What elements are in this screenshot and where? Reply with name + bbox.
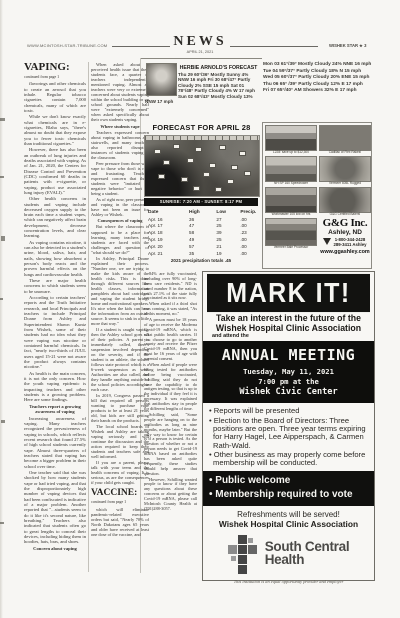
logo-square (238, 545, 247, 554)
photo-caption: L228: save up to $12,300 (265, 151, 317, 155)
forecast-entry: Thu 06 65° /39° Partly Cloudy 12% E 17 m… (263, 82, 397, 88)
scan-artifact (0, 118, 5, 121)
article-paragraph: As vaping contains nicotine, it can also… (24, 240, 86, 277)
map-temp-label (193, 186, 200, 191)
forecast-entry: Sun 02 68°/43° Mostly Cloudy 13% NNW 17 … (145, 94, 253, 104)
article-paragraph: However, there has also been an outbreak… (24, 147, 86, 195)
meeting-highlight-bullet: Public welcome (209, 474, 368, 489)
mark-it-banner: MARK IT! (207, 274, 370, 312)
scan-artifact (1, 420, 5, 423)
newspaper-page: WWW.MCINTOSH-STAR-TRIBUNE.COM NEWS APRIL… (0, 0, 400, 618)
meeting-bullet: Other business as may properly come befo… (209, 451, 368, 468)
masthead-website: WWW.MCINTOSH-STAR-TRIBUNE.COM (27, 43, 107, 48)
logo-square (231, 556, 236, 561)
logo-line2: Health (265, 554, 350, 567)
col-header-high: High (185, 210, 212, 215)
weather-map (144, 135, 260, 197)
meeting-intro: Take an interest in the future of the Wi… (206, 313, 372, 333)
map-temp-label (209, 163, 216, 168)
map-temp-label (181, 177, 188, 182)
photo-caption: Workmaster 105 low on hrs (265, 213, 317, 217)
meeting-date: Tuesday, May 11, 2021 (203, 367, 374, 376)
south-central-health-logo: South Central Health (203, 535, 374, 574)
gg-photo-cell: NH SP 160 Speedrower (265, 156, 317, 186)
article-subhead: Consequences of vaping (91, 218, 149, 223)
article-paragraph: As of right now, peer pressure and vapin… (91, 197, 149, 217)
gg-phone-2: 289-3411 Ashley (333, 242, 366, 247)
weather-table: Date High Low Precip. Apr. 163627.00Apr.… (144, 209, 258, 263)
article-column-2: When asked about a perceived health issu… (91, 62, 149, 538)
weather-table-cell: .00 (236, 251, 258, 256)
round-baler-photo (319, 156, 371, 182)
gg-photo-grid: L228: save up to $12,300 Cadillac of Fle… (265, 125, 369, 255)
col-header-precip: Precip. (236, 210, 258, 215)
weather-table-cell: Apr. 17 (144, 223, 185, 228)
article-continued-note: continued from page 1 (91, 500, 149, 504)
weather-table-cell: 47 (185, 223, 212, 228)
weather-table-header: Date High Low Precip. (144, 209, 258, 216)
gg-photo-cell: L228: save up to $12,300 (265, 125, 317, 155)
weather-table-row: Apr. 213519.00 (144, 250, 258, 257)
annual-meeting-box: ANNUAL MEETING Tuesday, May 11, 2021 7:0… (203, 341, 374, 403)
logo-square (248, 538, 253, 543)
map-temp-label (227, 179, 234, 184)
article-headline: VACCINE: (91, 488, 149, 499)
gg-contact-block: G&G Inc. Ashley, ND 1-800-344-2428 289-3… (319, 218, 371, 255)
meeting-intro-line2: Wishek Hospital Clinic Association (206, 323, 372, 333)
meeting-intro-line3: and attend the (212, 333, 374, 339)
skid-steer-photo (265, 125, 317, 151)
equal-opportunity-disclaimer: This institution is an equal opportunity… (203, 579, 374, 584)
article-paragraph: 84% are fully vaccinated, including over… (144, 272, 197, 301)
map-temp-label (187, 158, 194, 163)
map-temp-label (158, 174, 165, 179)
photo-caption: G&G Certified Balers! (319, 213, 371, 217)
gg-photo-cell: Vermeer 605L Rugged (319, 156, 371, 186)
article-paragraph: Increasing awareness of vaping. Many tea… (24, 416, 86, 469)
forecast-entry: Mon 03 61°/39° Mostly Cloudy 24% NNE 16 … (263, 62, 397, 68)
weather-table-cell: 58 (185, 230, 212, 235)
meeting-bullet: Election to the Board of Directors: Thre… (209, 417, 368, 450)
forecast-map-header: FORECAST FOR APRIL 28 (141, 123, 262, 132)
gg-phone-numbers: 1-800-344-2428 289-3411 Ashley (333, 237, 366, 248)
weather-table-cell: .00 (236, 217, 258, 222)
weather-table-cell: 39 (212, 230, 236, 235)
article-paragraph: Other health concerns in students and va… (24, 196, 86, 239)
article-subhead: Concern about vaping (24, 546, 86, 551)
weather-table-cell: Apr. 21 (144, 251, 185, 256)
weather-section: HERBIE ARNOLD'S FORECAST Thu 29 60°/36° … (141, 58, 262, 59)
map-temp-label (173, 144, 180, 149)
article-paragraph: Teachers expressed concern about vaping … (91, 130, 149, 160)
weather-table-cell: Apr. 18 (144, 230, 185, 235)
weather-table-row: Apr. 174725.00 (144, 223, 258, 230)
forecast-days-right: Mon 03 61°/39° Mostly Cloudy 24% NNE 16 … (263, 62, 397, 95)
weather-table-cell: 36 (185, 217, 212, 222)
column-rule (88, 62, 89, 572)
photo-caption: Vermeer Bale Processor (265, 246, 317, 250)
weather-table-cell: 57 (185, 244, 212, 249)
photo-wrap-spacer (145, 72, 178, 95)
logo-square (238, 565, 247, 574)
forecast-entry: Tue 04 59°/37° Partly Cloudy 18% N 15 mp… (263, 69, 397, 75)
masthead-page-number: WISHEK STAR ★ 3 (329, 43, 366, 48)
article-paragraph: As health is the main concern, it is not… (24, 371, 86, 403)
south-central-health-cross-icon (228, 535, 258, 574)
meeting-highlight-bullet: Membership required to vote (209, 488, 368, 503)
weather-table-cell: .00 (236, 223, 258, 228)
article-paragraph: flavorings and other chemicals to create… (24, 81, 86, 113)
map-temp-label (244, 171, 251, 176)
article-column-1: VAPING:continued from page 1flavorings a… (24, 61, 86, 553)
header-rule-left (112, 46, 170, 47)
south-central-health-logotype: South Central Health (265, 541, 350, 567)
weather-table-row: Apr. 185839.23 (144, 229, 258, 236)
meeting-intro-line1: Take an interest in the future of the (206, 313, 372, 323)
article-paragraph: However, Schilling wanted people to know… (144, 478, 197, 512)
weather-table-row: Apr. 163627.00 (144, 216, 258, 223)
map-temp-label (163, 160, 170, 165)
map-temp-label (231, 165, 238, 170)
scan-artifact (0, 522, 4, 524)
tractor-photo (265, 187, 317, 213)
article-paragraph: Schilling said, "Some people are hanging… (144, 413, 197, 477)
article-continued-note: continued from page 1 (24, 75, 86, 80)
col-header-low: Low (212, 210, 236, 215)
article-paragraph: While we don't know exactly what chemica… (24, 114, 86, 146)
weather-table-row: Apr. 205721.00 (144, 243, 258, 250)
speedrower-photo (265, 156, 317, 182)
forecast-days-left: Thu 29 60°/36° Mostly Sunny 4% NNW 16 mp… (145, 72, 260, 104)
article-subhead: Teachers report a growing awareness of v… (24, 404, 86, 415)
scan-artifact (0, 298, 3, 300)
forecast-entry: Wed 05 60°/37° Partly Cloudy 20% ENE 15 … (263, 75, 397, 81)
header-rule-right (230, 46, 318, 47)
article-paragraph: Peer pressure from those who vape to tho… (91, 161, 149, 196)
weather-table-cell: .00 (236, 237, 258, 242)
annual-meeting-ad: MARK IT! Take an interest in the future … (202, 271, 375, 581)
meeting-org-name: Wishek Hospital Clinic Association (203, 519, 374, 529)
article-paragraph: In Ashley, Principal Doane explained the… (91, 256, 149, 326)
weather-table-cell: 25 (212, 237, 236, 242)
article-paragraph: One teacher said that she was shocked by… (24, 470, 86, 545)
gg-phone-row: 1-800-344-2428 289-3411 Ashley (319, 237, 371, 248)
refreshments-note: Refreshments will be served! (203, 510, 374, 519)
article-paragraph: When asked about a perceived health issu… (91, 62, 149, 122)
scan-edge-shadow (0, 0, 3, 618)
flex-rake-photo (319, 125, 371, 151)
gg-photo-cell: Cadillac of Flex Rakes! (319, 125, 371, 155)
photo-caption: Cadillac of Flex Rakes! (319, 151, 371, 155)
issue-date: APRIL 21, 2021 (155, 50, 245, 54)
weather-table-cell: .00 (236, 244, 258, 249)
gg-photo-cell: Vermeer Bale Processor (265, 218, 317, 255)
weather-table-cell: Apr. 16 (144, 217, 185, 222)
article-paragraph: These are major health concerns to which… (24, 278, 86, 294)
map-temp-label (203, 172, 210, 177)
annual-meeting-title: ANNUAL MEETING (203, 346, 374, 364)
vermeer-logo-icon (323, 238, 331, 245)
logo-square (238, 555, 247, 564)
weather-table-cell: 25 (212, 223, 236, 228)
article-paragraph: If a student is caught vaping, then the … (91, 327, 149, 392)
logo-square (248, 545, 257, 554)
map-temp-label (239, 151, 246, 156)
gg-company-name: G&G Inc. (319, 218, 371, 229)
article-paragraph: which will eliminate pandemic-related ex… (91, 507, 149, 537)
photo-caption: NH SP 160 Speedrower (265, 182, 317, 186)
sunrise-sunset-bar: SUNRISE: 7:20 AM - SUNSET: 8:17 PM (144, 198, 258, 206)
meeting-place: Wishek Civic Center (203, 387, 374, 397)
weather-table-cell: .23 (236, 230, 258, 235)
article-headline: VAPING: (24, 61, 86, 74)
weather-table-cell: 27 (212, 217, 236, 222)
photo-caption: Vermeer 605L Rugged (319, 182, 371, 186)
weather-table-cell: 49 (185, 237, 212, 242)
weather-table-body: Apr. 163627.00Apr. 174725.00Apr. 185839.… (144, 216, 258, 257)
weather-table-cell: 35 (185, 251, 212, 256)
weather-table-cell: 19 (212, 251, 236, 256)
section-title: NEWS (168, 34, 232, 50)
forecast-title: HERBIE ARNOLD'S FORECAST (177, 65, 260, 71)
meeting-bullet-list: Reports will be presentedElection to the… (209, 407, 368, 467)
article-paragraph: When asked if people were being tested f… (144, 363, 197, 412)
article-paragraph: When asked if a third shot was coming, i… (144, 302, 197, 317)
weather-map-city-strip (145, 136, 259, 140)
weather-table-row: Apr. 194925.00 (144, 236, 258, 243)
gg-photo-cell: G&G Certified Balers! (319, 187, 371, 217)
logo-square (238, 535, 247, 544)
weather-table-cell: Apr. 19 (144, 237, 185, 242)
article-column-3: 84% are fully vaccinated, including over… (144, 272, 197, 513)
gg-city: Ashley, ND (319, 229, 371, 236)
article-paragraph: According to certain teachers' reports a… (24, 295, 86, 370)
article-paragraph: But where the classroom is supposed to b… (91, 224, 149, 254)
article-paragraph: A person must be 18 years of age to rece… (144, 318, 197, 362)
forecast-entry: Fri 07 65°/40° AM Showers 32% E 17 mph (263, 88, 397, 94)
scan-artifact (1, 236, 5, 241)
col-header-date: Date (144, 210, 185, 215)
gg-equipment-ad: L228: save up to $12,300 Cadillac of Fle… (262, 122, 372, 269)
article-paragraph: In 2019, Congress passed a bill that req… (91, 393, 149, 423)
scan-artifact (0, 176, 4, 178)
meeting-time: 7:00 pm at the (203, 377, 374, 386)
precipitation-total: 2021 precipitation totals .45 (144, 258, 258, 263)
weather-table-cell: Apr. 20 (144, 244, 185, 249)
bale-processor-photo (265, 218, 317, 246)
weather-table-cell: 21 (212, 244, 236, 249)
article-paragraph: The local school boards of Wishek and As… (91, 424, 149, 459)
meeting-bullet: Reports will be presented (209, 407, 368, 415)
map-temp-label (154, 149, 161, 154)
meeting-highlight-box: Public welcomeMembership required to vot… (203, 471, 374, 506)
map-temp-label (215, 187, 222, 192)
map-temp-label (219, 145, 226, 150)
gg-website: www.ggashley.com (319, 249, 371, 255)
logo-square (228, 545, 237, 554)
gg-photo-cell: Workmaster 105 low on hrs (265, 187, 317, 217)
map-temp-label (195, 147, 202, 152)
certified-baler-photo (319, 187, 371, 213)
article-paragraph: If you are a parent, please talk with yo… (91, 460, 149, 485)
